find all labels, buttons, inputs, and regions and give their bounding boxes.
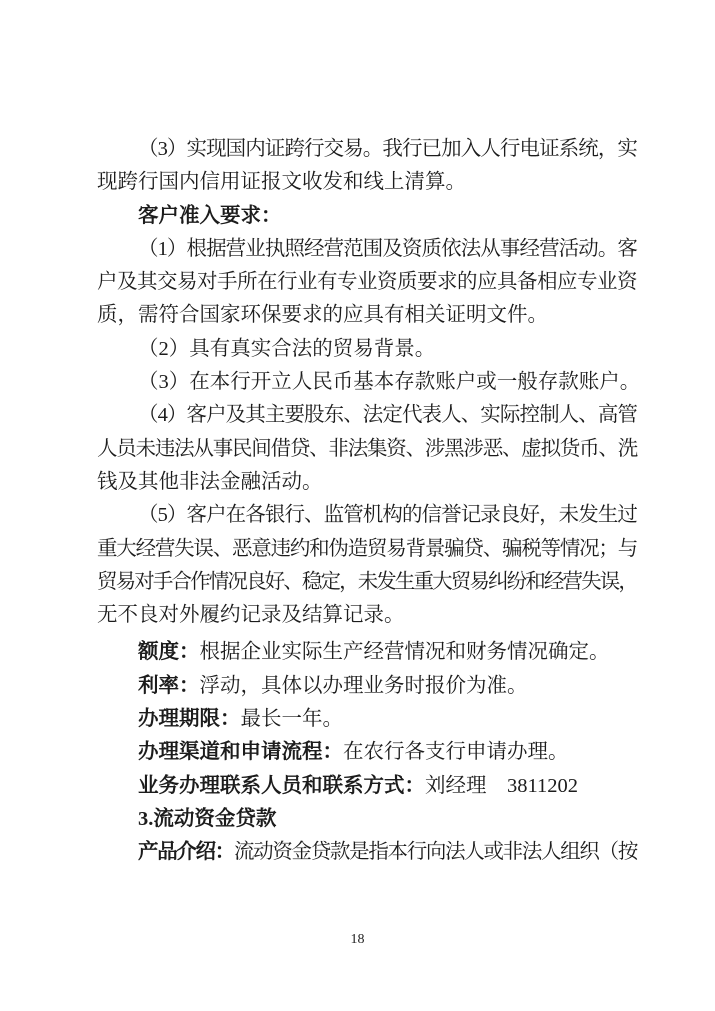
text-line-runs: （4）客户及其主要股东、法定代表人、实际控制人、高管 — [138, 404, 637, 426]
text-line-runs: 现跨行国内信用证报文收发和线上清算。 — [97, 171, 466, 193]
text-line-runs: （2）具有真实合法的贸易背景。 — [138, 338, 435, 360]
bold-text-run: 办理期限： — [138, 708, 241, 730]
text-line: （5）客户在各银行、监管机构的信誉记录良好，未发生过 — [97, 499, 637, 532]
text-line: 产品介绍：流动资金贷款是指本行向法人或非法人组织（按 — [97, 836, 637, 869]
text-run: 根据企业实际生产经营情况和财务情况确定。 — [200, 641, 610, 663]
text-line: 无不良对外履约记录及结算记录。 — [97, 599, 637, 632]
text-line-runs: 产品介绍：流动资金贷款是指本行向法人或非法人组织（按 — [138, 841, 637, 863]
text-line: 3.流动资金贷款 — [97, 803, 637, 836]
text-run: 浮动，具体以办理业务时报价为准。 — [200, 675, 528, 697]
bold-text-run: 办理渠道和申请流程： — [138, 741, 343, 763]
text-line-runs: 3.流动资金贷款 — [138, 808, 276, 830]
text-line-runs: 户及其交易对手所在行业有专业资质要求的应具备相应专业资 — [97, 271, 637, 293]
text-line-runs: 办理期限：最长一年。 — [138, 708, 343, 730]
text-line: 客户准入要求： — [97, 200, 637, 233]
text-line-runs: 客户准入要求： — [138, 205, 282, 227]
text-line: 利率：浮动，具体以办理业务时报价为准。 — [97, 670, 637, 703]
text-line: （4）客户及其主要股东、法定代表人、实际控制人、高管 — [97, 399, 637, 432]
text-line: 质，需符合国家环保要求的应具有相关证明文件。 — [97, 299, 637, 332]
text-run: 质，需符合国家环保要求的应具有相关证明文件。 — [97, 304, 548, 326]
text-line: 贸易对手合作情况良好、稳定，未发生重大贸易纠纷和经营失误， — [97, 566, 637, 599]
text-line-runs: 人员未违法从事民间借贷、非法集资、涉黑涉恶、虚拟货币、洗 — [97, 438, 637, 460]
text-line: 钱及其他非法金融活动。 — [97, 466, 637, 499]
text-line: （3）实现国内证跨行交易。我行已加入人行电证系统，实 — [97, 133, 637, 166]
text-line-runs: 业务办理联系人员和联系方式：刘经理 3811202 — [138, 775, 578, 797]
text-line: （2）具有真实合法的贸易背景。 — [97, 333, 637, 366]
text-line: 人员未违法从事民间借贷、非法集资、涉黑涉恶、虚拟货币、洗 — [97, 433, 637, 466]
text-line-runs: （1）根据营业执照经营范围及资质依法从事经营活动。客 — [138, 238, 637, 260]
text-run: 钱及其他非法金融活动。 — [97, 471, 323, 493]
bold-text-run: 3.流动资金贷款 — [138, 808, 276, 830]
text-line-runs: 办理渠道和申请流程：在农行各支行申请办理。 — [138, 741, 569, 763]
text-line-runs: 贸易对手合作情况良好、稳定，未发生重大贸易纠纷和经营失误， — [97, 571, 637, 593]
text-run: 重大经营失误、恶意违约和伪造贸易背景骗贷、骗税等情况；与 — [97, 538, 637, 560]
text-run: 贸易对手合作情况良好、稳定，未发生重大贸易纠纷和经营失误， — [97, 571, 637, 593]
text-line: 办理期限：最长一年。 — [97, 703, 637, 736]
text-run: 最长一年。 — [241, 708, 344, 730]
text-line: （1）根据营业执照经营范围及资质依法从事经营活动。客 — [97, 233, 637, 266]
text-line-runs: 质，需符合国家环保要求的应具有相关证明文件。 — [97, 304, 548, 326]
text-run: 流动资金贷款是指本行向法人或非法人组织（按 — [234, 841, 637, 863]
text-run: （3）在本行开立人民币基本存款账户或一般存款账户。 — [138, 371, 640, 393]
text-run: （1）根据营业执照经营范围及资质依法从事经营活动。客 — [138, 238, 637, 260]
text-run: 刘经理 3811202 — [425, 775, 578, 797]
text-run: 现跨行国内信用证报文收发和线上清算。 — [97, 171, 466, 193]
page-footer: 18 — [0, 931, 715, 949]
text-run: （5）客户在各银行、监管机构的信誉记录良好，未发生过 — [138, 504, 637, 526]
bold-text-run: 客户准入要求： — [138, 205, 282, 227]
text-line-runs: （3）在本行开立人民币基本存款账户或一般存款账户。 — [138, 371, 640, 393]
page-number: 18 — [351, 932, 365, 947]
bold-text-run: 额度： — [138, 641, 200, 663]
text-line: 现跨行国内信用证报文收发和线上清算。 — [97, 166, 637, 199]
text-run: 在农行各支行申请办理。 — [343, 741, 569, 763]
text-run: 无不良对外履约记录及结算记录。 — [97, 604, 405, 626]
text-line: 办理渠道和申请流程：在农行各支行申请办理。 — [97, 736, 637, 769]
text-run: 户及其交易对手所在行业有专业资质要求的应具备相应专业资 — [97, 271, 637, 293]
text-line: 额度：根据企业实际生产经营情况和财务情况确定。 — [97, 636, 637, 669]
bold-text-run: 业务办理联系人员和联系方式： — [138, 775, 425, 797]
text-line-runs: 额度：根据企业实际生产经营情况和财务情况确定。 — [138, 641, 610, 663]
document-page: （3）实现国内证跨行交易。我行已加入人行电证系统，实现跨行国内信用证报文收发和线… — [0, 0, 715, 1011]
bold-text-run: 产品介绍： — [138, 841, 234, 863]
text-line-runs: 重大经营失误、恶意违约和伪造贸易背景骗贷、骗税等情况；与 — [97, 538, 637, 560]
text-line-runs: （3）实现国内证跨行交易。我行已加入人行电证系统，实 — [138, 138, 637, 160]
text-run: （3）实现国内证跨行交易。我行已加入人行电证系统，实 — [138, 138, 637, 160]
text-line-runs: （5）客户在各银行、监管机构的信誉记录良好，未发生过 — [138, 504, 637, 526]
text-line-runs: 钱及其他非法金融活动。 — [97, 471, 323, 493]
text-run: （2）具有真实合法的贸易背景。 — [138, 338, 435, 360]
text-line-runs: 利率：浮动，具体以办理业务时报价为准。 — [138, 675, 528, 697]
text-run: （4）客户及其主要股东、法定代表人、实际控制人、高管 — [138, 404, 637, 426]
text-line-runs: 无不良对外履约记录及结算记录。 — [97, 604, 405, 626]
text-line: （3）在本行开立人民币基本存款账户或一般存款账户。 — [97, 366, 637, 399]
bold-text-run: 利率： — [138, 675, 200, 697]
text-line: 业务办理联系人员和联系方式：刘经理 3811202 — [97, 770, 637, 803]
document-text-body: （3）实现国内证跨行交易。我行已加入人行电证系统，实现跨行国内信用证报文收发和线… — [97, 133, 637, 870]
text-line: 重大经营失误、恶意违约和伪造贸易背景骗贷、骗税等情况；与 — [97, 533, 637, 566]
text-run: 人员未违法从事民间借贷、非法集资、涉黑涉恶、虚拟货币、洗 — [97, 438, 637, 460]
text-line: 户及其交易对手所在行业有专业资质要求的应具备相应专业资 — [97, 266, 637, 299]
